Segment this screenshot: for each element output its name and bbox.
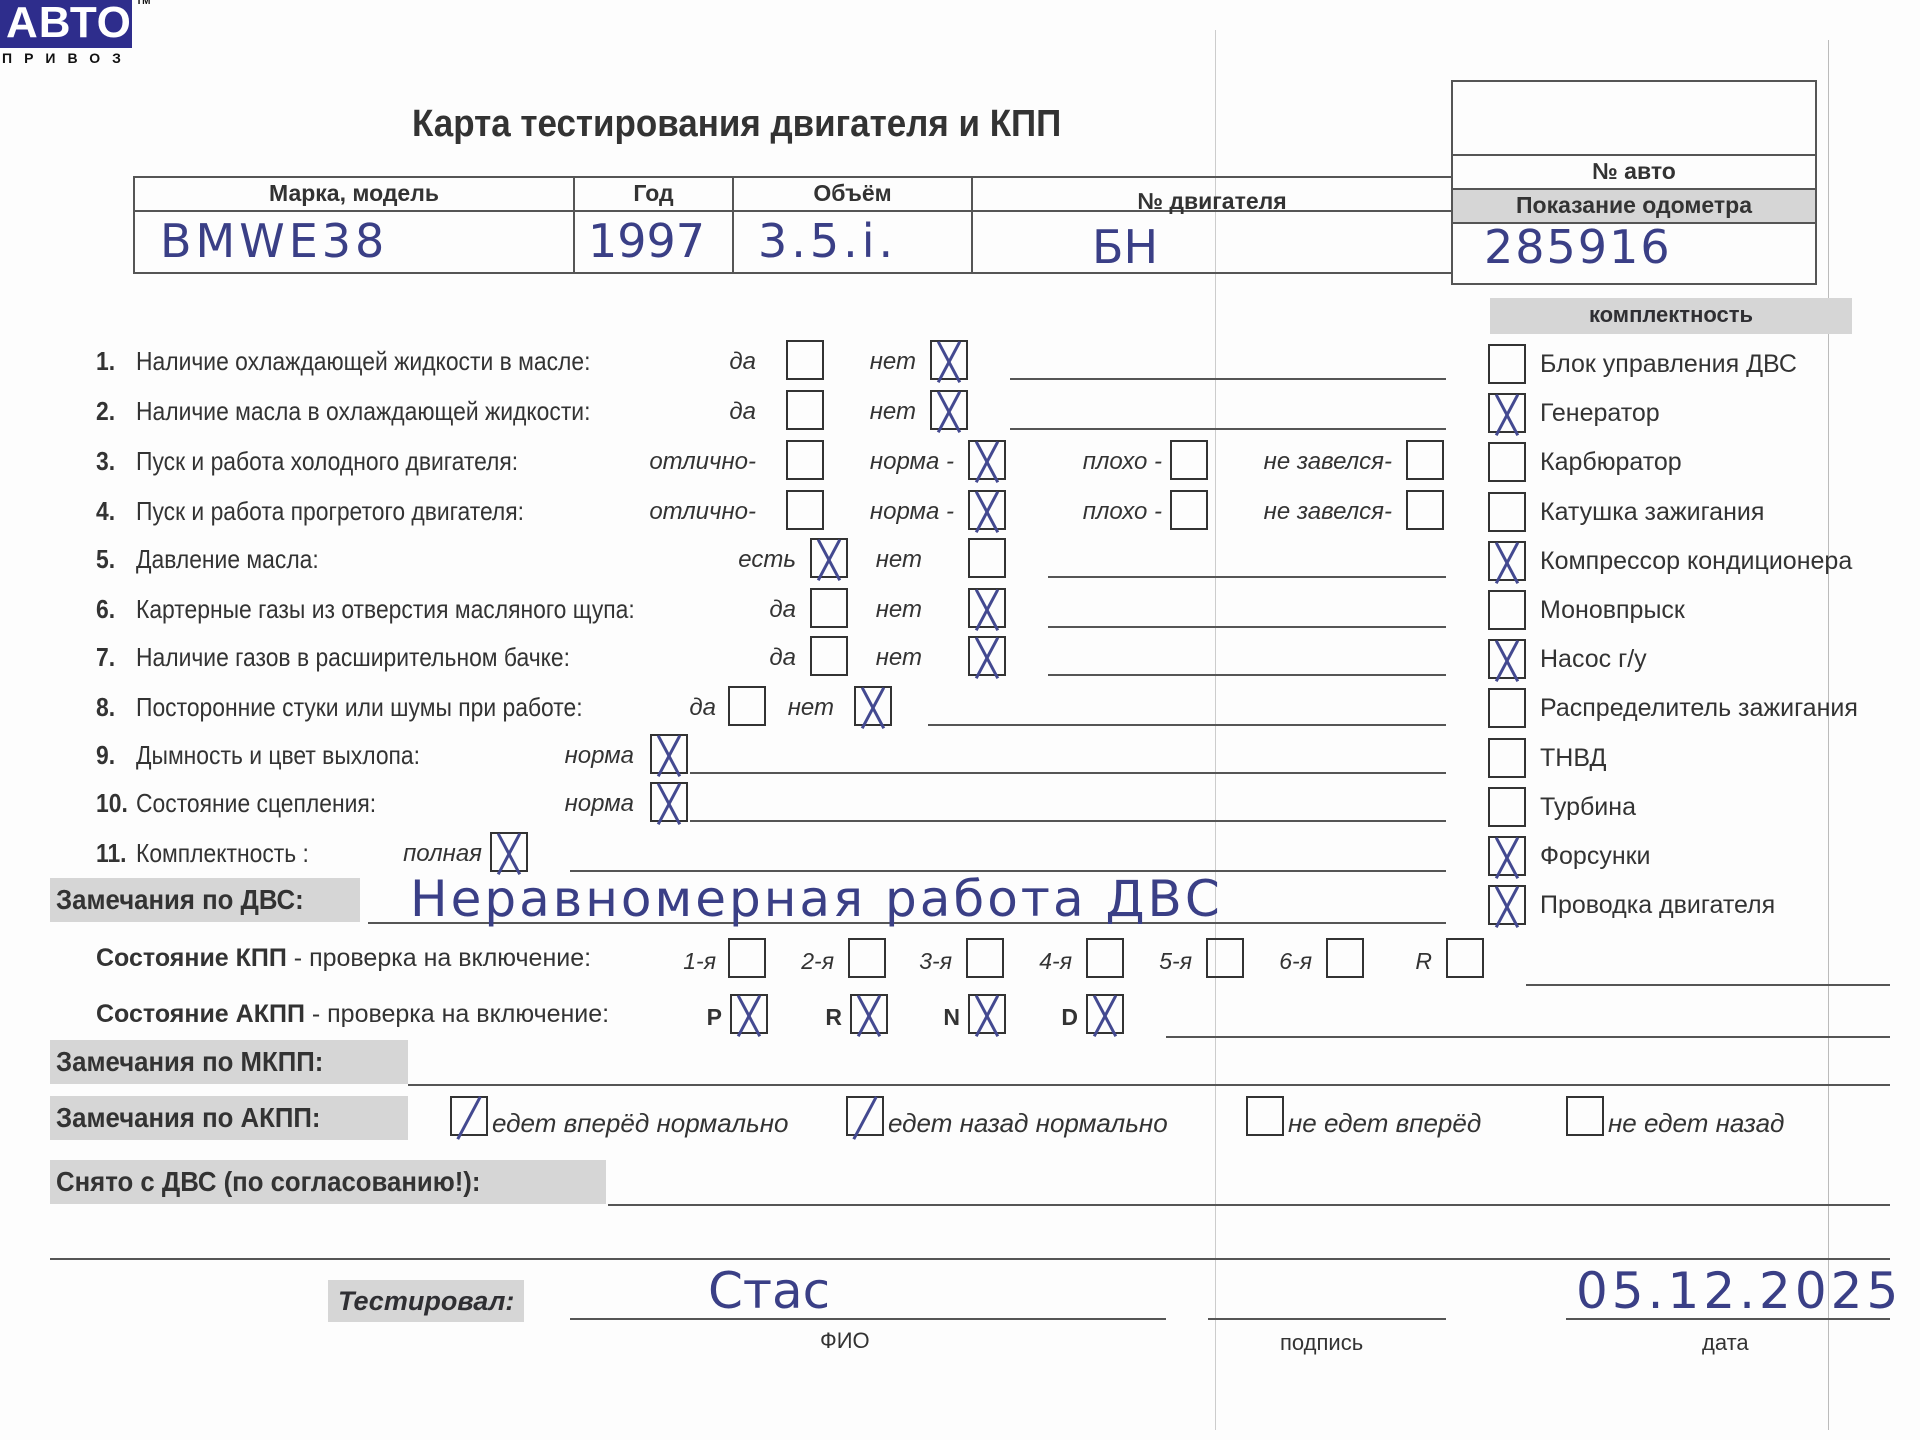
check-label: Состояние сцепления: xyxy=(136,788,376,819)
completeness-item-label: Распределитель зажигания xyxy=(1540,694,1858,723)
note-line[interactable] xyxy=(1010,428,1446,430)
removed-label: Снято с ДВС (по согласованию!): xyxy=(56,1166,480,1198)
year-field[interactable]: 1997 xyxy=(588,214,705,268)
option-checkbox[interactable] xyxy=(490,832,528,872)
gear-label: 6-я xyxy=(1279,948,1312,975)
option-label: да xyxy=(689,694,716,722)
check-number: 11. xyxy=(96,838,127,869)
removed-field[interactable] xyxy=(608,1204,1890,1206)
option-checkbox[interactable] xyxy=(968,588,1006,628)
engine-remarks-field[interactable]: Неравномерная работа ДВС xyxy=(410,870,1223,928)
col-header-volume: Объём xyxy=(734,180,971,207)
fold-line xyxy=(1215,30,1216,1430)
option-checkbox[interactable] xyxy=(854,686,892,726)
date-caption: дата xyxy=(1702,1330,1749,1356)
option-checkbox[interactable] xyxy=(1406,440,1444,480)
auto-gearbox-label: Состояние АКПП - проверка на включение: xyxy=(96,1000,609,1029)
option-checkbox[interactable] xyxy=(728,686,766,726)
odometer-label: Показание одометра xyxy=(1453,192,1815,219)
option-label: нет xyxy=(876,644,922,672)
option-checkbox[interactable] xyxy=(786,490,824,530)
mode-checkbox[interactable] xyxy=(850,994,888,1034)
fold-line-right xyxy=(1828,40,1829,1430)
mode-label: P xyxy=(707,1004,722,1031)
check-label: Наличие газов в расширительном бачке: xyxy=(136,642,570,673)
mode-checkbox[interactable] xyxy=(730,994,768,1034)
tested-by-label: Тестировал: xyxy=(338,1286,514,1317)
check-label: Посторонние стуки или шумы при работе: xyxy=(136,692,583,723)
option-label: плохо - xyxy=(1083,498,1162,526)
logo-subtext: ПРИВОЗ xyxy=(2,50,133,66)
check-number: 7. xyxy=(96,642,115,673)
option-checkbox[interactable] xyxy=(968,636,1006,676)
check-number: 10. xyxy=(96,788,128,819)
completeness-checkbox[interactable] xyxy=(1488,836,1526,876)
option-checkbox[interactable] xyxy=(930,390,968,430)
option-label: есть xyxy=(738,546,796,574)
check-number: 9. xyxy=(96,740,115,771)
gear-checkbox[interactable] xyxy=(966,938,1004,978)
completeness-checkbox[interactable] xyxy=(1488,885,1526,925)
signature-caption: подпись xyxy=(1280,1330,1363,1356)
completeness-item-label: Моновпрыск xyxy=(1540,596,1685,625)
gear-checkbox[interactable] xyxy=(848,938,886,978)
model-field[interactable]: BMWE38 xyxy=(160,214,388,268)
note-line[interactable] xyxy=(1048,576,1446,578)
option-checkbox[interactable] xyxy=(968,538,1006,578)
check-number: 4. xyxy=(96,496,115,527)
note-line[interactable] xyxy=(690,772,1446,774)
manual-gearbox-label: Состояние КПП - проверка на включение: xyxy=(96,944,591,973)
completeness-item-label: Блок управления ДВС xyxy=(1540,350,1797,379)
manual-remarks-field[interactable] xyxy=(408,1084,1890,1086)
completeness-checkbox[interactable] xyxy=(1488,639,1526,679)
completeness-item-label: Турбина xyxy=(1540,793,1636,822)
check-label: Наличие масла в охлаждающей жидкости: xyxy=(136,396,590,427)
odometer-field[interactable]: 285916 xyxy=(1484,220,1672,274)
auto-remark-checkbox[interactable] xyxy=(846,1096,884,1136)
option-checkbox[interactable] xyxy=(1406,490,1444,530)
completeness-checkbox[interactable] xyxy=(1488,787,1526,827)
gear-checkbox[interactable] xyxy=(728,938,766,978)
auto-remark-checkbox[interactable] xyxy=(1246,1096,1284,1136)
note-line[interactable] xyxy=(690,820,1446,822)
check-number: 5. xyxy=(96,544,115,575)
auto-remark-label: едет вперёд нормально xyxy=(492,1108,788,1139)
volume-field[interactable]: 3.5.i. xyxy=(758,214,897,268)
completeness-item-label: Катушка зажигания xyxy=(1540,498,1764,527)
check-number: 1. xyxy=(96,346,115,377)
option-checkbox[interactable] xyxy=(786,340,824,380)
gear-checkbox[interactable] xyxy=(1206,938,1244,978)
auto-remark-checkbox[interactable] xyxy=(1566,1096,1604,1136)
option-checkbox[interactable] xyxy=(810,538,848,578)
option-label: нет xyxy=(870,398,916,426)
completeness-item-label: Проводка двигателя xyxy=(1540,891,1775,920)
completeness-item-label: Компрессор кондиционера xyxy=(1540,547,1852,576)
option-checkbox[interactable] xyxy=(1170,490,1208,530)
option-checkbox[interactable] xyxy=(810,588,848,628)
engine-remarks-label: Замечания по ДВС: xyxy=(56,884,304,916)
check-label: Пуск и работа холодного двигателя: xyxy=(136,446,518,477)
option-checkbox[interactable] xyxy=(930,340,968,380)
check-label: Наличие охлаждающей жидкости в масле: xyxy=(136,346,590,377)
option-label: норма - xyxy=(870,498,954,526)
option-label: отлично- xyxy=(649,448,756,476)
completeness-item-label: Генератор xyxy=(1540,399,1660,428)
gear-label: 4-я xyxy=(1039,948,1072,975)
option-label: отлично- xyxy=(649,498,756,526)
completeness-item-label: ТНВД xyxy=(1540,744,1606,773)
mode-label: N xyxy=(943,1004,960,1031)
option-checkbox[interactable] xyxy=(810,636,848,676)
option-label: нет xyxy=(870,348,916,376)
gear-label: 5-я xyxy=(1159,948,1192,975)
gear-label: 1-я xyxy=(683,948,716,975)
option-label: норма xyxy=(565,790,634,818)
completeness-checkbox[interactable] xyxy=(1488,688,1526,728)
option-checkbox[interactable] xyxy=(786,440,824,480)
check-number: 6. xyxy=(96,594,115,625)
logo-main-text: АВТО xyxy=(6,0,132,48)
option-label: норма xyxy=(565,742,634,770)
check-label: Комплектность : xyxy=(136,838,309,869)
option-label: не завелся- xyxy=(1264,498,1392,526)
col-header-engine-number: № двигателя xyxy=(973,188,1451,215)
completeness-checkbox[interactable] xyxy=(1488,344,1526,384)
gear-checkbox[interactable] xyxy=(1086,938,1124,978)
name-caption: ФИО xyxy=(820,1328,870,1354)
completeness-checkbox[interactable] xyxy=(1488,738,1526,778)
tester-name-field[interactable]: Стас xyxy=(708,1262,830,1320)
auto-remark-label: не едет вперёд xyxy=(1288,1108,1481,1139)
note-line[interactable] xyxy=(928,724,1446,726)
completeness-item-label: Форсунки xyxy=(1540,842,1651,871)
option-label: плохо - xyxy=(1083,448,1162,476)
option-label: да xyxy=(769,596,796,624)
completeness-item-label: Насос г/у xyxy=(1540,645,1647,674)
completeness-item-label: Карбюратор xyxy=(1540,448,1682,477)
note-line[interactable] xyxy=(1048,626,1446,628)
completeness-checkbox[interactable] xyxy=(1488,393,1526,433)
logo: АВТО xyxy=(0,0,132,48)
auto-remarks-label: Замечания по АКПП: xyxy=(56,1102,320,1134)
check-label: Давление масла: xyxy=(136,544,319,575)
logo-trademark: TM xyxy=(136,0,150,7)
gear-label: R xyxy=(1415,948,1432,975)
option-label: нет xyxy=(876,546,922,574)
auto-remark-label: не едет назад xyxy=(1608,1108,1784,1139)
option-checkbox[interactable] xyxy=(968,440,1006,480)
col-header-model: Марка, модель xyxy=(135,180,573,207)
completeness-checkbox[interactable] xyxy=(1488,590,1526,630)
signature-field[interactable] xyxy=(1208,1318,1446,1320)
option-checkbox[interactable] xyxy=(650,782,688,822)
check-number: 8. xyxy=(96,692,115,723)
note-line[interactable] xyxy=(1010,378,1446,380)
gear-checkbox[interactable] xyxy=(1326,938,1364,978)
completeness-checkbox[interactable] xyxy=(1488,541,1526,581)
option-label: да xyxy=(729,398,756,426)
option-label: нет xyxy=(788,694,834,722)
option-label: нет xyxy=(876,596,922,624)
mode-checkbox[interactable] xyxy=(1086,994,1124,1034)
option-checkbox[interactable] xyxy=(968,490,1006,530)
page-title: Карта тестирования двигателя и КПП xyxy=(412,103,1061,146)
option-label: да xyxy=(729,348,756,376)
option-checkbox[interactable] xyxy=(1170,440,1208,480)
check-number: 3. xyxy=(96,446,115,477)
option-label: да xyxy=(769,644,796,672)
col-header-year: Год xyxy=(575,180,732,207)
manual-remarks-label: Замечания по МКПП: xyxy=(56,1046,323,1078)
car-number-label: № авто xyxy=(1453,158,1815,185)
check-label: Дымность и цвет выхлопа: xyxy=(136,740,420,771)
mode-label: D xyxy=(1061,1004,1078,1031)
option-label: полная xyxy=(403,840,482,868)
mode-label: R xyxy=(825,1004,842,1031)
option-checkbox[interactable] xyxy=(650,734,688,774)
option-label: норма - xyxy=(870,448,954,476)
engine-number-field[interactable]: БН xyxy=(1092,220,1158,274)
check-label: Пуск и работа прогретого двигателя: xyxy=(136,496,524,527)
date-field[interactable]: 05.12.2025 xyxy=(1576,1262,1902,1320)
option-checkbox[interactable] xyxy=(786,390,824,430)
note-line[interactable] xyxy=(1048,674,1446,676)
auto-remark-label: едет назад нормально xyxy=(888,1108,1168,1139)
gear-checkbox[interactable] xyxy=(1446,938,1484,978)
completeness-checkbox[interactable] xyxy=(1488,492,1526,532)
check-label: Картерные газы из отверстия масляного щу… xyxy=(136,594,635,625)
check-number: 2. xyxy=(96,396,115,427)
option-label: не завелся- xyxy=(1264,448,1392,476)
mode-checkbox[interactable] xyxy=(968,994,1006,1034)
completeness-header: комплектность xyxy=(1490,302,1852,328)
auto-remark-checkbox[interactable] xyxy=(450,1096,488,1136)
completeness-checkbox[interactable] xyxy=(1488,442,1526,482)
gear-label: 2-я xyxy=(801,948,834,975)
gear-label: 3-я xyxy=(919,948,952,975)
